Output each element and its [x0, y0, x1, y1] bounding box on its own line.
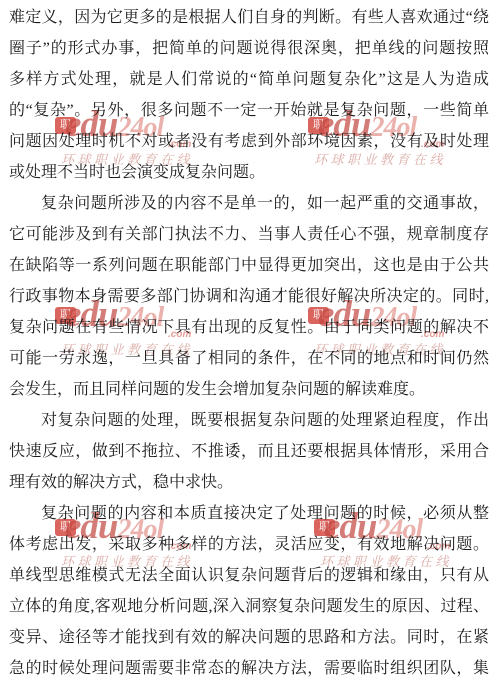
- text-line: 快速反应，做到不拖拉、不推诿，而且还要根据具体情形，采用合: [9, 436, 489, 467]
- text-line: 可能一劳永逸，一旦具备了相同的条件，在不同的地点和时间仍然: [9, 343, 489, 374]
- paragraph: 难定义，因为它更多的是根据人们自身的判断。有些人喜欢通过“绕圈子”的形式办事，把…: [9, 2, 489, 188]
- text-line: 在缺陷等一系列问题在职能部门中显得更加突出，这也是由于公共: [9, 250, 489, 281]
- text-line: 体考虑出发，采取多种多样的方法，灵活应变，有效地解决问题。: [9, 529, 489, 560]
- text-line: 多样方式处理，就是人们常说的“简单问题复杂化”这是人为造成: [9, 64, 489, 95]
- text-line: 复杂问题的内容和本质直接决定了处理问题的时候，必须从整: [9, 498, 489, 529]
- text-line: 理有效的解决方式，稳中求快。: [9, 467, 489, 498]
- text-line: 或处理不当时也会演变成复杂问题。: [9, 157, 489, 188]
- text-line: 变异、途径等才能找到有效的解决问题的思路和方法。同时，在紧: [9, 622, 489, 653]
- paragraph: 复杂问题的内容和本质直接决定了处理问题的时候，必须从整体考虑出发，采取多种多样的…: [9, 498, 489, 684]
- text-line: 圈子”的形式办事，把简单的问题说得很深奥，把单线的问题按照: [9, 33, 489, 64]
- text-line: 会发生，而且同样问题的发生会增加复杂问题的解读难度。: [9, 374, 489, 405]
- text-line: 单线型思维模式无法全面认识复杂问题背后的逻辑和缘由，只有从: [9, 560, 489, 591]
- text-line: 它可能涉及到有关部门执法不力、当事人责任心不强，规章制度存: [9, 219, 489, 250]
- document-page: 职edu24ol.com环球职业教育在线职edu24ol.com环球职业教育在线…: [0, 0, 498, 685]
- text-line: 的“复杂”。另外，很多问题不一定一开始就是复杂问题，一些简单: [9, 95, 489, 126]
- text-line: 行政事物本身需要多部门协调和沟通才能很好解决所决定的。同时,: [9, 281, 489, 312]
- text-line: 难定义，因为它更多的是根据人们自身的判断。有些人喜欢通过“绕: [9, 2, 489, 33]
- text-line: 立体的角度,客观地分析问题,深入洞察复杂问题发生的原因、过程、: [9, 591, 489, 622]
- text-line: 复杂问题在有些情况下具有出现的反复性。由于同类问题的解决不: [9, 312, 489, 343]
- paragraph: 复杂问题所涉及的内容不是单一的，如一起严重的交通事故，它可能涉及到有关部门执法不…: [9, 188, 489, 405]
- text-line: 急的时候处理问题需要非常态的解决方法，需要临时组织团队，集: [9, 653, 489, 684]
- text-line: 问题因处理时机不对或者没有考虑到外部环境因素，没有及时处理: [9, 126, 489, 157]
- paragraph: 对复杂问题的处理，既要根据复杂问题的处理紧迫程度，作出快速反应，做到不拖拉、不推…: [9, 405, 489, 498]
- document-text: 难定义，因为它更多的是根据人们自身的判断。有些人喜欢通过“绕圈子”的形式办事，把…: [9, 2, 489, 684]
- text-line: 复杂问题所涉及的内容不是单一的，如一起严重的交通事故，: [9, 188, 489, 219]
- text-line: 对复杂问题的处理，既要根据复杂问题的处理紧迫程度，作出: [9, 405, 489, 436]
